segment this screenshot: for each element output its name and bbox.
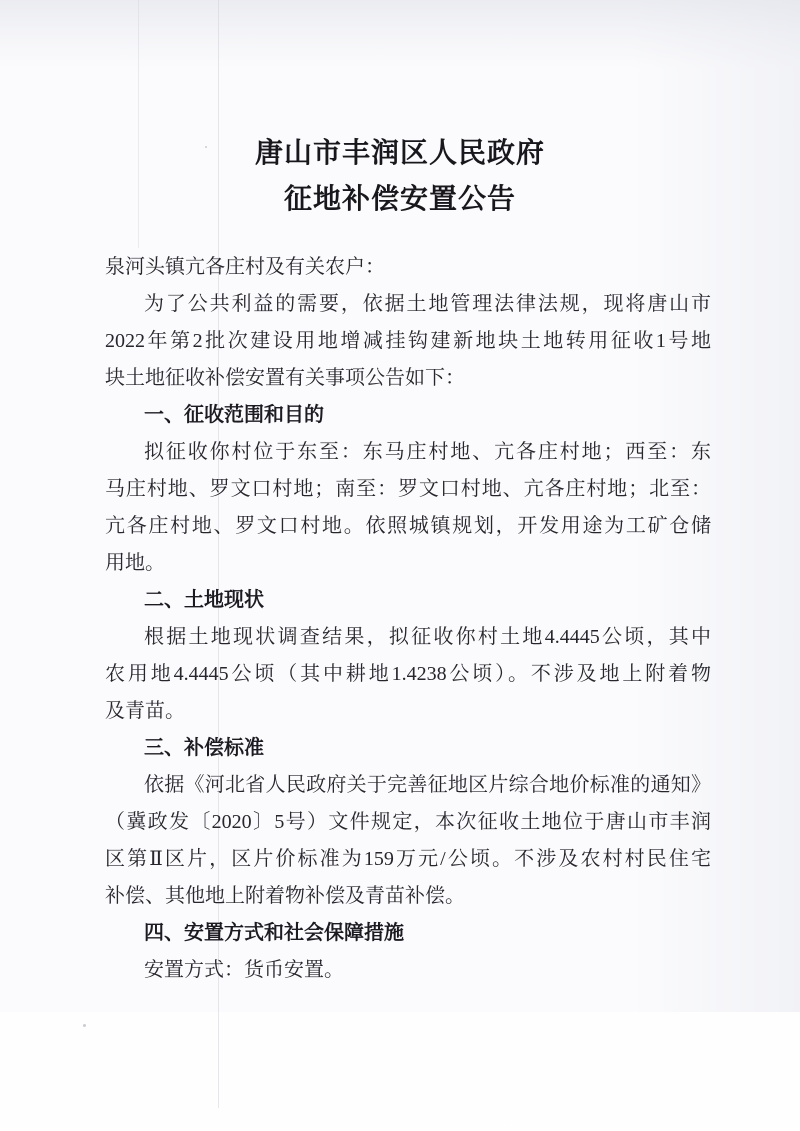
section-heading-1: 一、征收范围和目的: [105, 397, 711, 434]
title-line-2: 征地补偿安置公告: [0, 177, 800, 223]
body-line: 根据土地现状调查结果，拟征收你村土地4.4445公顷，其中: [105, 619, 711, 656]
body-line: 安置方式：货币安置。: [105, 952, 711, 989]
body-line: 及青苗。: [105, 693, 711, 730]
body-line: 为了公共利益的需要，依据土地管理法律法规，现将唐山市: [105, 286, 711, 323]
scan-bottom-shade: [0, 1012, 800, 1131]
body-line: 马庄村地、罗文口村地；南至：罗文口村地、亢各庄村地；北至：: [105, 471, 711, 508]
body-line: （冀政发〔2020〕5号）文件规定，本次征收土地位于唐山市丰润: [105, 804, 711, 841]
section-heading-4: 四、安置方式和社会保障措施: [105, 915, 711, 952]
body-line: 区第Ⅱ区片，区片价标准为159万元/公顷。不涉及农村村民住宅: [105, 841, 711, 878]
document-body: 泉河头镇亢各庄村及有关农户： 为了公共利益的需要，依据土地管理法律法规，现将唐山…: [105, 249, 711, 989]
body-line: 依据《河北省人民政府关于完善征地区片综合地价标准的通知》: [105, 767, 711, 804]
title-line-1: 唐山市丰润区人民政府: [0, 131, 800, 177]
body-line: 亢各庄村地、罗文口村地。依照城镇规划，开发用途为工矿仓储: [105, 508, 711, 545]
body-line: 块土地征收补偿安置有关事项公告如下：: [105, 360, 711, 397]
section-heading-2: 二、土地现状: [105, 582, 711, 619]
body-line: 2022年第2批次建设用地增减挂钩建新地块土地转用征收1号地: [105, 323, 711, 360]
scanned-document-page: 唐山市丰润区人民政府 征地补偿安置公告 泉河头镇亢各庄村及有关农户： 为了公共利…: [0, 0, 800, 1131]
body-line: 拟征收你村位于东至：东马庄村地、亢各庄村地；西至：东: [105, 434, 711, 471]
section-heading-3: 三、补偿标准: [105, 730, 711, 767]
document-title: 唐山市丰润区人民政府 征地补偿安置公告: [0, 131, 800, 223]
body-line: 补偿、其他地上附着物补偿及青苗补偿。: [105, 878, 711, 915]
body-line: 农用地4.4445公顷（其中耕地1.4238公顷）。不涉及地上附着物: [105, 656, 711, 693]
scan-speck: [83, 1024, 86, 1027]
salutation-line: 泉河头镇亢各庄村及有关农户：: [105, 249, 711, 286]
body-line: 用地。: [105, 545, 711, 582]
